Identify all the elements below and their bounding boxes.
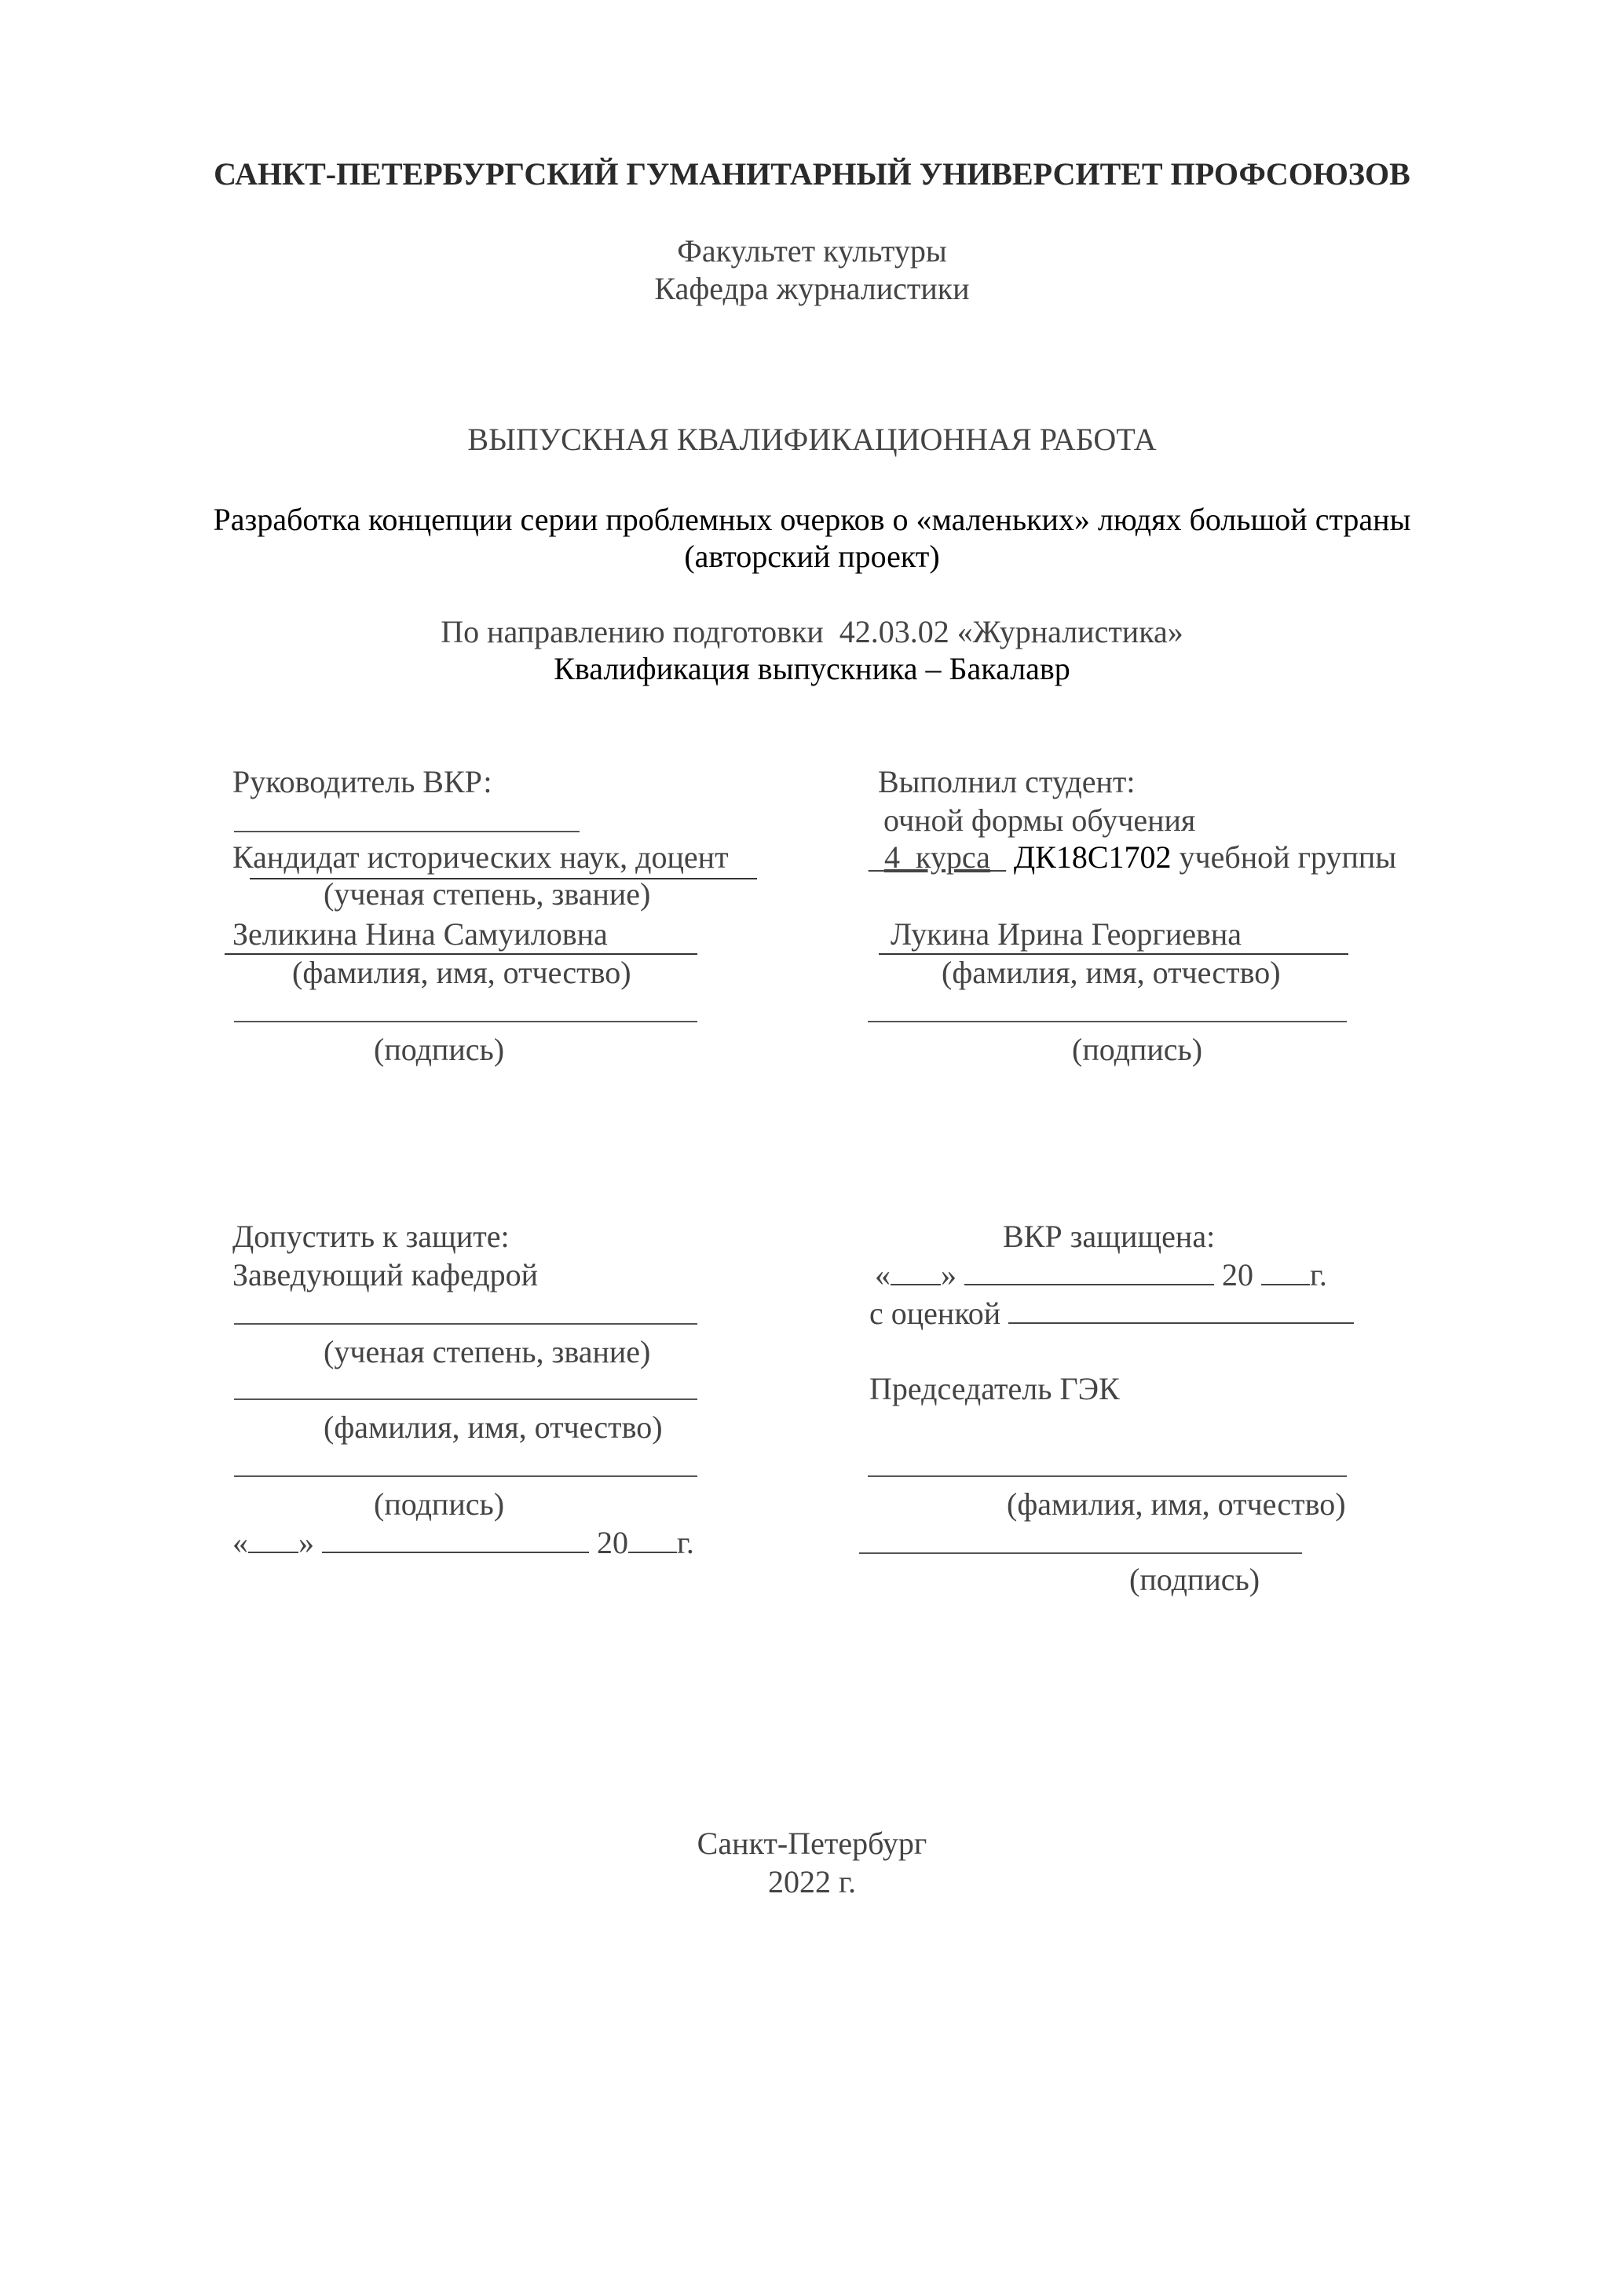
year-blank (1261, 1257, 1310, 1285)
admission-degree-line (234, 1323, 697, 1325)
study-direction: По направлению подготовки 42.03.02 «Журн… (0, 613, 1624, 651)
year: 2022 г. (0, 1863, 1624, 1901)
month-blank (964, 1257, 1214, 1285)
year-suffix: г. (1310, 1257, 1327, 1292)
defense-chair-name-caption: (фамилия, имя, отчество) (1007, 1486, 1346, 1523)
student-group-code: ДК18С1702 (1014, 839, 1172, 875)
defense-chair-label: Председатель ГЭК (869, 1370, 1120, 1408)
admission-label: Допустить к защите: (232, 1218, 510, 1256)
grade-label: с оценкой (869, 1296, 1000, 1331)
admission-role: Заведующий кафедрой (232, 1256, 538, 1294)
student-signature-line (868, 1021, 1347, 1022)
supervisor-label: Руководитель ВКР: (232, 763, 492, 801)
qualification: Квалификация выпускника – Бакалавр (0, 650, 1624, 688)
supervisor-blank-line (234, 831, 580, 832)
defense-date: «» 20 г. (875, 1256, 1327, 1294)
student-course-group: _4_курса_ ДК18С1702 учебной группы (869, 839, 1396, 876)
student-label: Выполнил студент: (878, 763, 1135, 801)
supervisor-degree: Кандидат исторических наук, доцент (232, 839, 729, 876)
supervisor-name: Зеликина Нина Самуиловна (232, 916, 608, 953)
department: Кафедра журналистики (0, 270, 1624, 308)
student-signature-caption: (подпись) (1072, 1031, 1202, 1069)
quote-open: « (875, 1257, 891, 1292)
admission-date: «» 20г. (232, 1524, 694, 1562)
year-prefix: 20 (1222, 1257, 1253, 1292)
admission-signature-caption: (подпись) (374, 1486, 504, 1523)
student-study-form: очной формы обучения (883, 802, 1195, 839)
course-suffix: _ (990, 839, 1014, 875)
work-title-line1: Разработка концепции серии проблемных оч… (0, 501, 1624, 539)
year-suffix: г. (677, 1525, 694, 1560)
supervisor-degree-caption: (ученая степень, звание) (324, 876, 650, 913)
admission-name-line (234, 1398, 697, 1400)
day-blank (891, 1257, 941, 1285)
defense-chair-signature-line (859, 1552, 1302, 1554)
supervisor-name-caption: (фамилия, имя, отчество) (292, 954, 631, 992)
grade-blank (1008, 1296, 1354, 1324)
city: Санкт-Петербург (0, 1825, 1624, 1863)
quote-close: » (941, 1257, 956, 1292)
student-course: 4_курса (884, 839, 990, 875)
student-name: Лукина Ирина Георгиевна (891, 916, 1242, 953)
faculty: Факультет культуры (0, 232, 1624, 270)
defense-chair-signature-caption: (подпись) (1129, 1561, 1260, 1599)
work-title-line2: (авторский проект) (0, 538, 1624, 576)
supervisor-signature-caption: (подпись) (374, 1031, 504, 1069)
work-type: ВЫПУСКНАЯ КВАЛИФИКАЦИОННАЯ РАБОТА (0, 421, 1624, 459)
admission-degree-caption: (ученая степень, звание) (324, 1333, 650, 1371)
defense-label: ВКР защищена: (1003, 1218, 1215, 1256)
course-prefix: _ (869, 839, 884, 875)
university-name: САНКТ-ПЕТЕРБУРГСКИЙ ГУМАНИТАРНЫЙ УНИВЕРС… (0, 155, 1624, 193)
supervisor-signature-line (234, 1021, 697, 1022)
defense-chair-name-line (868, 1475, 1347, 1477)
year-prefix: 20 (597, 1525, 628, 1560)
quote-close: » (298, 1525, 314, 1560)
admission-signature-line (234, 1475, 697, 1477)
year-blank (628, 1525, 677, 1553)
defense-grade: с оценкой (869, 1295, 1354, 1333)
month-blank (322, 1525, 589, 1553)
day-blank (248, 1525, 298, 1553)
student-name-caption: (фамилия, имя, отчество) (942, 954, 1281, 992)
admission-name-caption: (фамилия, имя, отчество) (324, 1409, 663, 1446)
quote-open: « (232, 1525, 248, 1560)
group-suffix: учебной группы (1172, 839, 1397, 875)
